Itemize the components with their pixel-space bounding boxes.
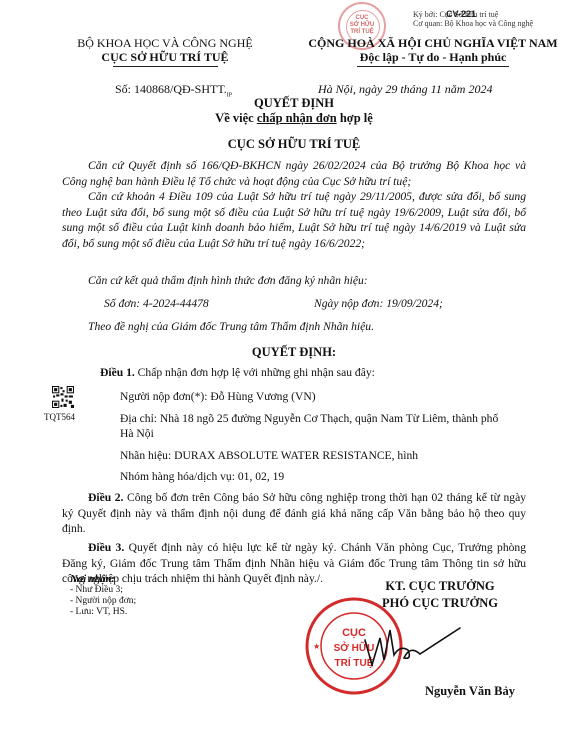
applicant: Người nộp đơn(*): Đỗ Hùng Vương (VN) xyxy=(120,389,584,405)
signer-name: Nguyễn Văn Bảy xyxy=(370,684,570,699)
nation-name: CỘNG HOÀ XÃ HỘI CHỦ NGHĨA VIỆT NAM xyxy=(283,36,583,50)
trademark: Nhãn hiệu: DURAX ABSOLUTE WATER RESISTAN… xyxy=(120,448,584,464)
document-title: QUYẾT ĐỊNH xyxy=(0,96,588,111)
recipient-item: - Như Điều 3; xyxy=(70,585,136,596)
application-info: Số đơn: 4-2024-44478 Ngày nộp đơn: 19/09… xyxy=(104,297,524,310)
goods-classes: Nhóm hàng hóa/dịch vụ: 01, 02, 19 xyxy=(120,469,584,485)
article-1: Điều 1. Chấp nhận đơn hợp lệ với những g… xyxy=(100,365,564,381)
legal-basis-3: Căn cứ kết quả thẩm định hình thức đơn đ… xyxy=(62,273,526,289)
legal-basis-1: Căn cứ Quyết định số 166/QĐ-BKHCN ngày 2… xyxy=(62,158,526,189)
agency-underline xyxy=(113,66,218,67)
legal-basis-2: Căn cứ khoản 4 Điều 109 của Luật Sở hữu … xyxy=(62,189,526,251)
handwritten-signature xyxy=(360,620,470,675)
application-number: Số đơn: 4-2024-44478 xyxy=(104,297,209,310)
issuing-authority: BỘ KHOA HỌC VÀ CÔNG NGHỆ CỤC SỞ HỮU TRÍ … xyxy=(60,36,270,67)
recipients-heading: Nơi nhận: xyxy=(70,574,136,585)
signer-title-1: KT. CỤC TRƯỞNG xyxy=(340,579,540,594)
address-line-1: Địa chỉ: Nhà 18 ngõ 25 đường Nguyễn Cơ T… xyxy=(120,411,584,427)
ministry-name: BỘ KHOA HỌC VÀ CÔNG NGHỆ xyxy=(60,36,270,50)
recipient-item: - Lưu: VT, HS. xyxy=(70,607,136,618)
place-and-date: Hà Nội, ngày 29 tháng 11 năm 2024 xyxy=(318,82,492,97)
agency-name: CỤC SỞ HỮU TRÍ TUỆ xyxy=(60,50,270,64)
filing-date: Ngày nộp đơn: 19/09/2024; xyxy=(314,297,443,310)
recipient-item: - Người nộp đơn; xyxy=(70,596,136,607)
proposal-basis: Theo đề nghị của Giám đốc Trung tâm Thẩm… xyxy=(62,319,526,335)
document-subtitle: Về việc chấp nhận đơn hợp lệ xyxy=(0,111,588,126)
decision-heading: QUYẾT ĐỊNH: xyxy=(0,345,588,360)
signing-organization: Cơ quan: Bộ Khoa học và Công nghệ xyxy=(413,19,533,28)
address-line-2: Hà Nội xyxy=(120,426,584,442)
national-title: CỘNG HOÀ XÃ HỘI CHỦ NGHĨA VIỆT NAM Độc l… xyxy=(283,36,583,67)
document-code: CV-221 xyxy=(446,9,476,19)
recipients: Nơi nhận: - Như Điều 3; - Người nộp đơn;… xyxy=(70,574,136,618)
national-motto: Độc lập - Tự do - Hạnh phúc xyxy=(283,50,583,64)
issuer-heading: CỤC SỞ HỮU TRÍ TUỆ xyxy=(0,137,588,152)
qr-code-label: TQT564 xyxy=(44,412,75,422)
motto-underline xyxy=(357,66,509,67)
svg-text:★: ★ xyxy=(313,642,320,651)
article-2: Điều 2. Công bố đơn trên Công báo Sở hữu… xyxy=(62,490,526,537)
qr-code-icon xyxy=(52,386,74,408)
